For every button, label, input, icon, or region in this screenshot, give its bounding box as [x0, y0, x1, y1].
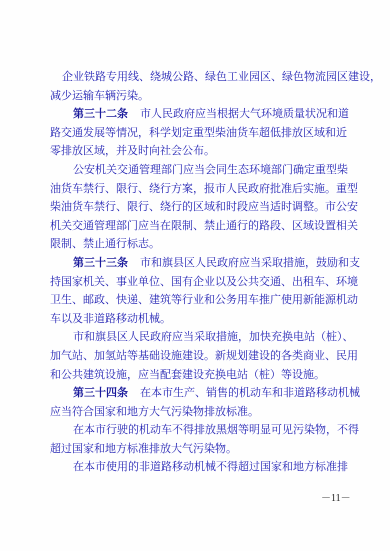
line-text: 限制、禁止通行标志。 — [50, 237, 160, 250]
article-heading: 第三十二条 — [73, 107, 128, 120]
line-text: 应当符合国家和地方大气污染物排放标准。 — [50, 405, 259, 418]
page-body: 企业铁路专用线、绕城公路、绿色工业园区、绿色物流园区建设， 减少运输车辆污染。 … — [50, 68, 340, 477]
line-text: 卫生、邮政、快递、建筑等行业和公务用车推广使用新能源机动 — [50, 293, 358, 306]
line-text: 机关交通管理部门应当在限制、禁止通行的路段、区域设置相关 — [50, 219, 358, 232]
text-line: 市和旗县区人民政府应当采取措施，加快充换电站（桩）、 — [50, 328, 340, 347]
text-line: 卫生、邮政、快递、建筑等行业和公务用车推广使用新能源机动 — [50, 291, 340, 310]
line-text: 市和旗县区人民政府应当采取措施，鼓励和支 — [140, 256, 360, 269]
document-page: 企业铁路专用线、绕城公路、绿色工业园区、绿色物流园区建设， 减少运输车辆污染。 … — [0, 0, 390, 551]
text-line: 零排放区域，并及时向社会公布。 — [50, 142, 340, 161]
line-text: 持国家机关、事业单位、国有企业以及公共交通、出租车、环境 — [50, 275, 358, 288]
line-text: 企业铁路专用线、绕城公路、绿色工业园区、绿色物流园区建设， — [62, 70, 381, 83]
line-text: 市人民政府应当根据大气环境质量状况和道 — [140, 107, 349, 120]
text-line: 加气站、加氢站等基础设施建设。新规划建设的各类商业、民用 — [50, 347, 340, 366]
text-line: 在本市使用的非道路移动机械不得超过国家和地方标准排 — [50, 458, 340, 477]
line-text: 在本市生产、销售的机动车和非道路移动机械 — [140, 386, 360, 399]
article-heading: 第三十三条 — [73, 256, 128, 269]
line-text: 车以及非道路移动机械。 — [50, 312, 171, 325]
text-line: 第三十二条市人民政府应当根据大气环境质量状况和道 — [50, 105, 340, 124]
text-line: 企业铁路专用线、绕城公路、绿色工业园区、绿色物流园区建设， — [50, 68, 340, 87]
text-line: 路交通发展等情况，科学划定重型柴油货车超低排放区域和近 — [50, 124, 340, 143]
line-text: 油货车禁行、限行、绕行方案，报市人民政府批准后实施。重型 — [50, 182, 358, 195]
line-text: 零排放区域，并及时向社会公布。 — [50, 144, 215, 157]
text-line: 和公共建筑设施，应当配套建设充换电站（桩）等设施。 — [50, 366, 340, 385]
line-text: 市和旗县区人民政府应当采取措施，加快充换电站（桩）、 — [73, 330, 354, 343]
article-heading: 第三十四条 — [73, 386, 128, 399]
text-line: 在本市行驶的机动车不得排放黑烟等明显可见污染物，不得 — [50, 421, 340, 440]
text-line: 持国家机关、事业单位、国有企业以及公共交通、出租车、环境 — [50, 273, 340, 292]
line-text: 加气站、加氢站等基础设施建设。新规划建设的各类商业、民用 — [50, 349, 358, 362]
text-line: 油货车禁行、限行、绕行方案，报市人民政府批准后实施。重型 — [50, 180, 340, 199]
line-text: 减少运输车辆污染。 — [50, 89, 149, 102]
line-text: 柴油货车禁行、限行、绕行的区域和时段应当适时调整。市公安 — [50, 200, 358, 213]
text-line: 车以及非道路移动机械。 — [50, 310, 340, 329]
line-text: 超过国家和地方标准排放大气污染物。 — [50, 442, 237, 455]
line-text: 路交通发展等情况，科学划定重型柴油货车超低排放区域和近 — [50, 126, 347, 139]
text-line: 应当符合国家和地方大气污染物排放标准。 — [50, 403, 340, 422]
text-line: 第三十三条市和旗县区人民政府应当采取措施，鼓励和支 — [50, 254, 340, 273]
line-text: 公安机关交通管理部门应当会同生态环境部门确定重型柴 — [73, 163, 348, 176]
line-text: 在本市行驶的机动车不得排放黑烟等明显可见污染物，不得 — [73, 423, 359, 436]
line-text: 和公共建筑设施，应当配套建设充换电站（桩）等设施。 — [50, 368, 325, 381]
text-line: 第三十四条在本市生产、销售的机动车和非道路移动机械 — [50, 384, 340, 403]
text-line: 机关交通管理部门应当在限制、禁止通行的路段、区域设置相关 — [50, 217, 340, 236]
text-line: 限制、禁止通行标志。 — [50, 235, 340, 254]
text-line: 减少运输车辆污染。 — [50, 87, 340, 106]
text-line: 柴油货车禁行、限行、绕行的区域和时段应当适时调整。市公安 — [50, 198, 340, 217]
text-line: 公安机关交通管理部门应当会同生态环境部门确定重型柴 — [50, 161, 340, 180]
text-line: 超过国家和地方标准排放大气污染物。 — [50, 440, 340, 459]
line-text: 在本市使用的非道路移动机械不得超过国家和地方标准排 — [73, 460, 348, 473]
page-number: －11－ — [321, 489, 351, 504]
